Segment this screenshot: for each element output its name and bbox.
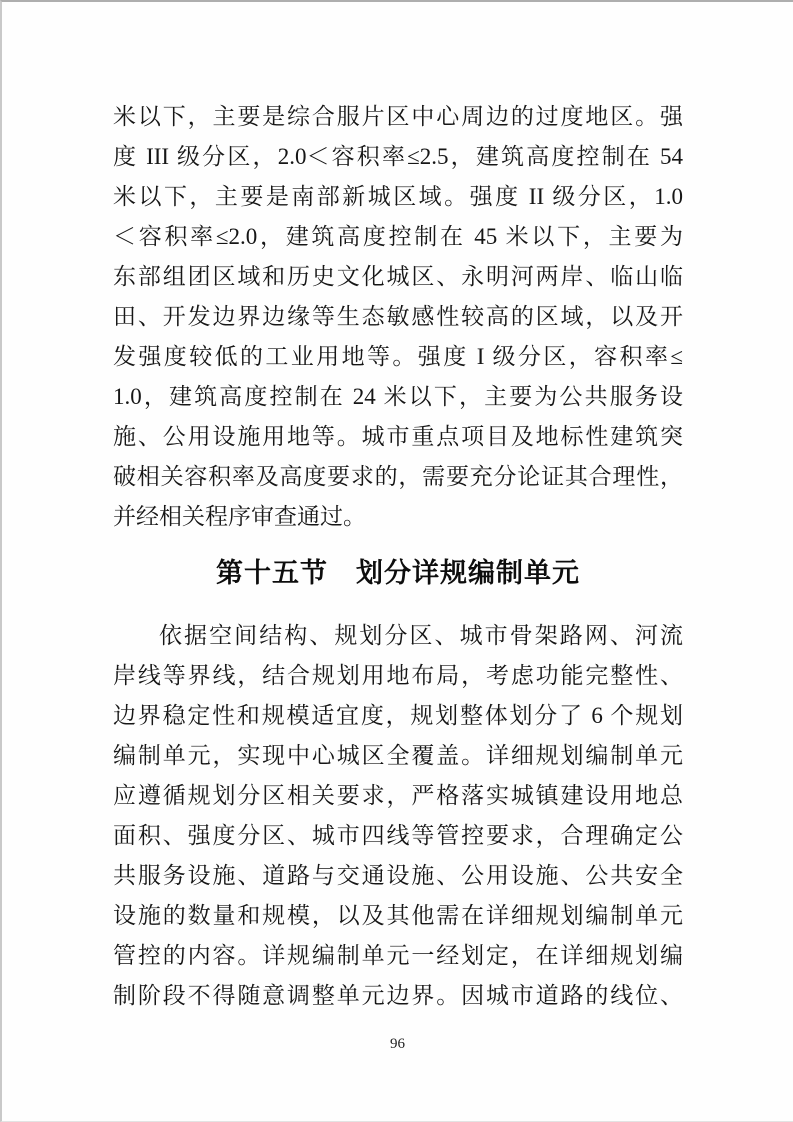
paragraph-2: 依据空间结构、规划分区、城市骨架路网、河流 岸线等界线，结合规划用地布局，考虑功… [113,616,683,1016]
body-text-line: 米以下，主要是南部新城区域。强度 II 级分区，1.0 [113,177,683,217]
body-text-line: 应遵循规划分区相关要求，严格落实城镇建设用地总 [113,776,683,816]
body-text-line: 米以下，主要是综合服片区中心周边的过度地区。强 [113,97,683,137]
body-text-line: 边界稳定性和规模适宜度，规划整体划分了 6 个规划 [113,696,683,736]
document-page: 米以下，主要是综合服片区中心周边的过度地区。强 度 III 级分区，2.0＜容积… [0,0,793,1122]
body-text-line: 并经相关程序审查通过。 [113,497,683,537]
body-text-line: ＜容积率≤2.0，建筑高度控制在 45 米以下，主要为 [113,217,683,257]
body-text-line: 共服务设施、道路与交通设施、公用设施、公共安全 [113,856,683,896]
body-text-line: 施、公用设施用地等。城市重点项目及地标性建筑突 [113,417,683,457]
page-number: 96 [2,1034,793,1054]
body-text-line: 破相关容积率及高度要求的，需要充分论证其合理性， [113,457,683,497]
body-text-line: 管控的内容。详规编制单元一经划定，在详细规划编 [113,936,683,976]
body-text-line: 制阶段不得随意调整单元边界。因城市道路的线位、 [113,976,683,1016]
body-text-line: 编制单元，实现中心城区全覆盖。详细规划编制单元 [113,736,683,776]
body-text-line: 岸线等界线，结合规划用地布局，考虑功能完整性、 [113,656,683,696]
text-column: 米以下，主要是综合服片区中心周边的过度地区。强 度 III 级分区，2.0＜容积… [113,97,683,1016]
body-text-line: 设施的数量和规模，以及其他需在详细规划编制单元 [113,896,683,936]
body-text-line: 度 III 级分区，2.0＜容积率≤2.5，建筑高度控制在 54 [113,137,683,177]
body-text-line: 面积、强度分区、城市四线等管控要求，合理确定公 [113,816,683,856]
paragraph-1: 米以下，主要是综合服片区中心周边的过度地区。强 度 III 级分区，2.0＜容积… [113,97,683,537]
body-text-line: 1.0，建筑高度控制在 24 米以下，主要为公共服务设 [113,377,683,417]
body-text-line: 发强度较低的工业用地等。强度 I 级分区，容积率≤ [113,337,683,377]
body-text-line: 田、开发边界边缘等生态敏感性较高的区域，以及开 [113,297,683,337]
body-text-line: 东部组团区域和历史文化城区、永明河两岸、临山临 [113,257,683,297]
section-heading: 第十五节 划分详规编制单元 [113,550,683,596]
body-text-line: 依据空间结构、规划分区、城市骨架路网、河流 [113,616,683,656]
